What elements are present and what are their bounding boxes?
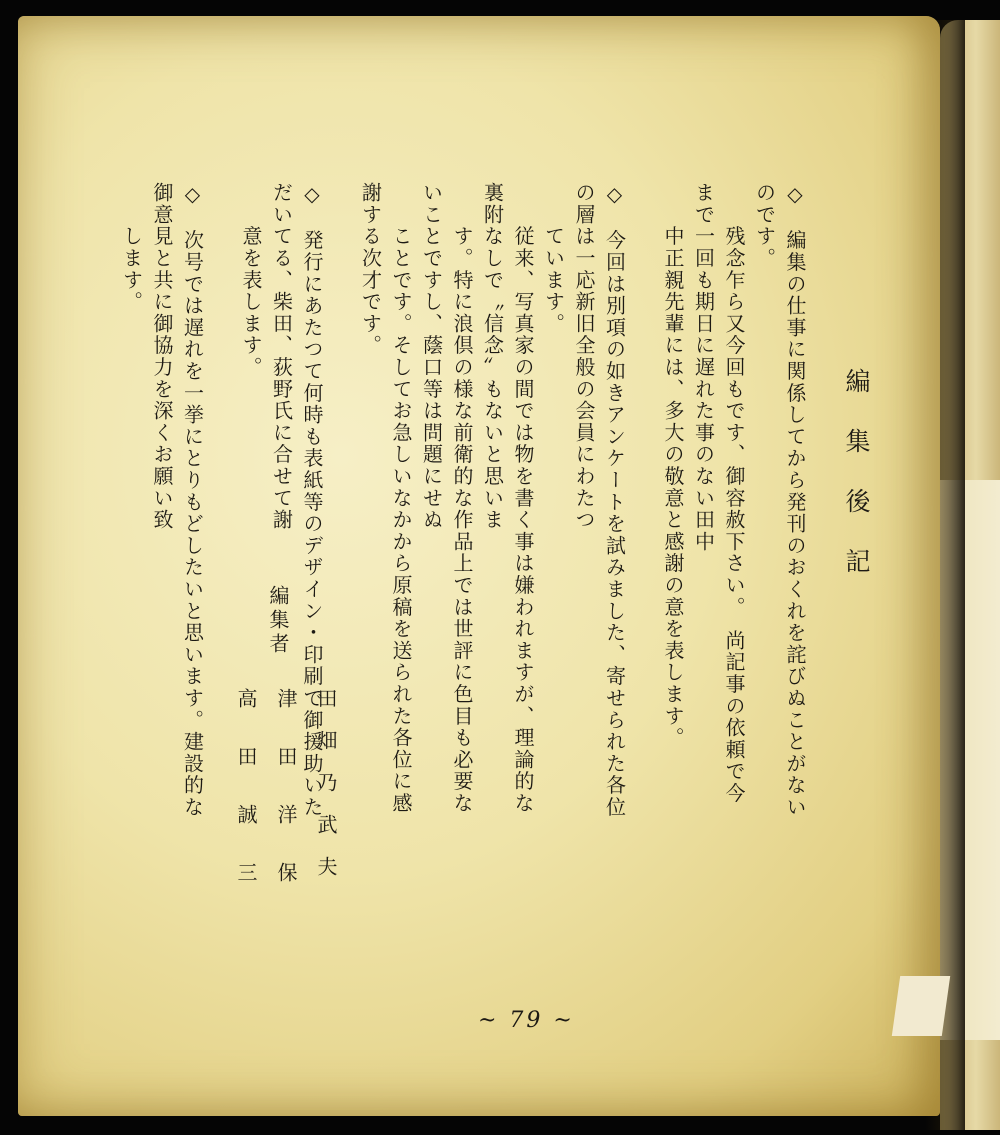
diamond-bullet-icon: ◇ bbox=[783, 182, 807, 208]
paragraph-1: ◇ 編集の仕事に関係してから発刊のおくれを詫びぬことがないのです。 残念乍ら又今… bbox=[658, 182, 811, 822]
line: す。特に浪倶の様な前衛的な作品上では世評に色目も必要ないことですし、蔭口等は問題… bbox=[416, 182, 477, 822]
editor-names: 田畑乃武夫 津田洋保 高田誠三 bbox=[226, 688, 346, 920]
line: 従来、写真家の間では物を書く事は嫌われますが、理論的な裏附なしで〝信念〟もないと… bbox=[477, 182, 538, 822]
line: ◇ 次号では遅れを一挙にとりもどしたいと思います。建設的な御意見と共に御協力を深… bbox=[147, 182, 208, 822]
page-title: 編集後記 bbox=[838, 368, 874, 608]
diamond-bullet-icon: ◇ bbox=[181, 182, 205, 208]
line: 残念乍ら又今回もです、御容赦下さい。 尚記事の依頼で今まで一回も期日に遅れた事の… bbox=[688, 182, 749, 822]
editors-label: 編集者 bbox=[264, 585, 293, 675]
paragraph-4: ◇ 次号では遅れを一挙にとりもどしたいと思います。建設的な御意見と共に御協力を深… bbox=[116, 182, 208, 822]
page-number: ~ 79 ~ bbox=[478, 1008, 575, 1033]
line: します。 bbox=[116, 182, 147, 822]
editor-name: 田畑乃武夫 bbox=[306, 688, 346, 920]
editor-name: 津田洋保 bbox=[266, 688, 306, 920]
editor-name: 高田誠三 bbox=[226, 688, 266, 920]
diamond-bullet-icon: ◇ bbox=[300, 182, 324, 208]
line: ています。 bbox=[538, 182, 569, 822]
line: 中正親先輩には、多大の敬意と感謝の意を表します。 bbox=[658, 182, 689, 822]
line: ことです。そしてお急しいなかから原稿を送られた各位に感謝する次才です。 bbox=[355, 182, 416, 822]
paragraph-2: ◇ 今回は別項の如きアンケートを試みました、寄せられた各位の層は一応新旧全般の会… bbox=[355, 182, 630, 822]
line: ◇ 今回は別項の如きアンケートを試みました、寄せられた各位の層は一応新旧全般の会… bbox=[569, 182, 630, 822]
diamond-bullet-icon: ◇ bbox=[603, 182, 627, 208]
afterword-body: ◇ 編集の仕事に関係してから発刊のおくれを詫びぬことがないのです。 残念乍ら又今… bbox=[116, 182, 810, 822]
line: ◇ 編集の仕事に関係してから発刊のおくれを詫びぬことがないのです。 bbox=[749, 182, 810, 822]
